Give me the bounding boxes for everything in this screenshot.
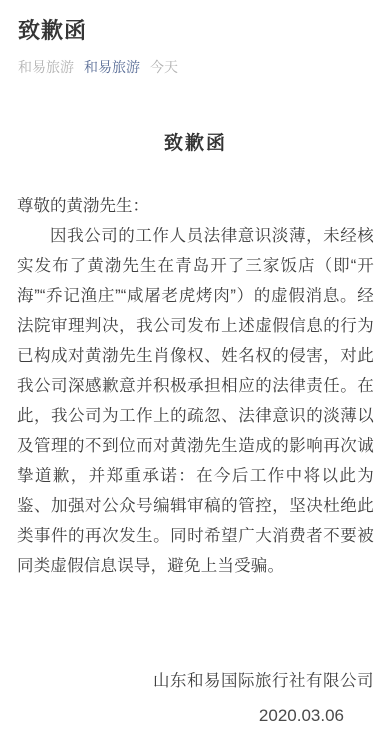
letter-paragraph: 因我公司的工作人员法律意识淡薄，未经核实发布了黄渤先生在青岛开了三家饭店（即“开… (17, 221, 374, 581)
publish-date-label: 今天 (150, 58, 178, 76)
signature-company: 山东和易国际旅行社有限公司 (17, 669, 374, 693)
byline: 和易旅游 和易旅游 今天 (18, 58, 373, 76)
official-account-link[interactable]: 和易旅游 (84, 58, 140, 76)
article-header: 致歉函 和易旅游 和易旅游 今天 (0, 0, 391, 76)
article-page: 致歉函 和易旅游 和易旅游 今天 致歉函 尊敬的黄渤先生： 因我公司的工作人员法… (0, 0, 391, 735)
letter-heading: 致歉函 (17, 128, 374, 155)
author-name-label: 和易旅游 (18, 58, 74, 76)
signature-block: 山东和易国际旅行社有限公司 2020.03.06 (17, 669, 374, 727)
letter-body: 致歉函 尊敬的黄渤先生： 因我公司的工作人员法律意识淡薄，未经核实发布了黄渤先生… (0, 128, 391, 727)
page-title: 致歉函 (18, 16, 373, 47)
signature-date: 2020.03.06 (17, 705, 374, 727)
letter-salutation: 尊敬的黄渤先生： (17, 191, 374, 221)
